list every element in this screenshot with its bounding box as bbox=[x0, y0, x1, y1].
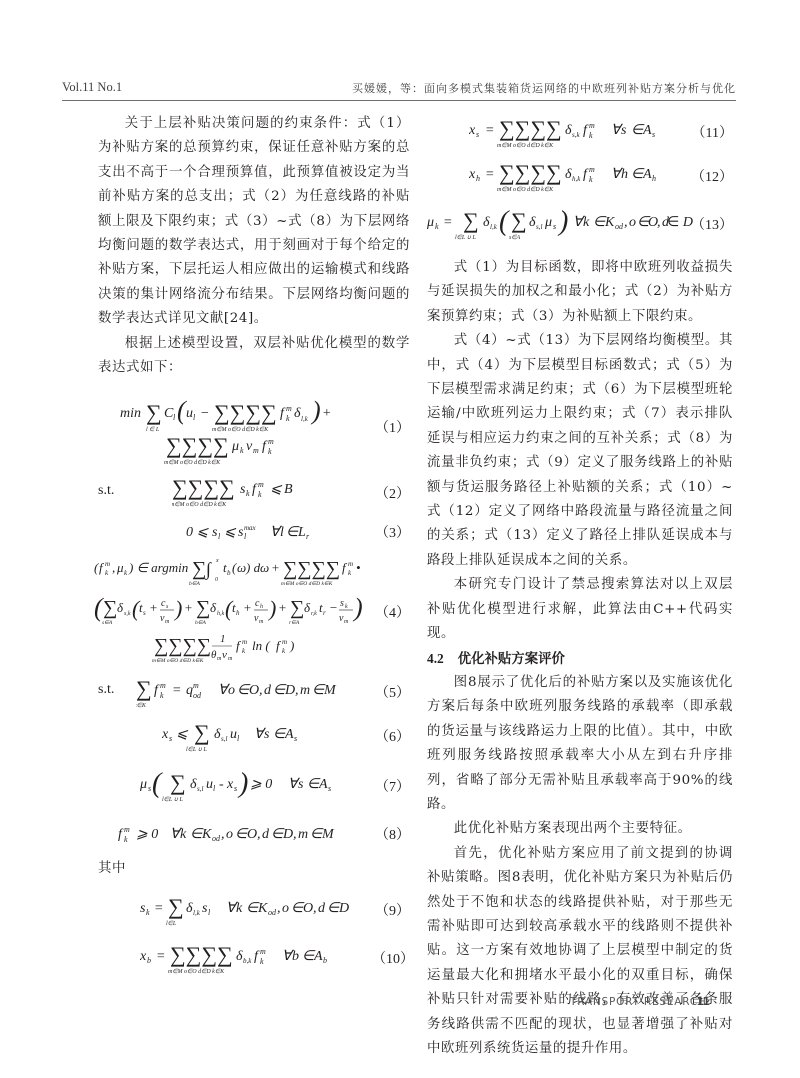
svg-text:m: m bbox=[589, 165, 595, 174]
svg-text:,: , bbox=[295, 683, 299, 698]
svg-text:,: , bbox=[293, 827, 297, 842]
svg-text:s: s bbox=[169, 734, 172, 743]
svg-text:(: ( bbox=[152, 768, 163, 799]
equation-13-graphic: μk = ∑ l∈L ∪ L δl,k ( ∑ s∈A δs,l μs ) ∀k… bbox=[427, 206, 677, 246]
paragraph: 本研究专门设计了禁忌搜索算法对以上双层补贴优化模型进行求解，此算法由C++代码实… bbox=[427, 573, 733, 646]
svg-text:m∈M o∈O d∈D k∈K: m∈M o∈O d∈D k∈K bbox=[172, 501, 227, 508]
equation-8-graphic: fmk ⩾ 0 ∀k ∈Kod, o∈O, d∈D, m∈M bbox=[118, 822, 358, 846]
svg-text:r∈A: r∈A bbox=[289, 620, 300, 626]
equation-6: xs ⩽ ∑ l∈L ∪ L δs,l ul ∀s ∈As （6） bbox=[98, 720, 410, 754]
svg-text:x: x bbox=[162, 727, 169, 742]
equation-4-graphic: ( fmk , μk ) ∈ argmin ∑ b∈A ∫ x 0 tb (ω)… bbox=[94, 554, 364, 664]
svg-text:x: x bbox=[226, 777, 234, 792]
svg-text:m: m bbox=[282, 638, 287, 646]
svg-text:m: m bbox=[165, 619, 170, 625]
svg-text:ω: ω bbox=[237, 560, 246, 575]
svg-text:,: , bbox=[221, 827, 225, 842]
svg-text:r,k: r,k bbox=[311, 611, 317, 617]
svg-text:+: + bbox=[278, 600, 287, 615]
svg-text:k: k bbox=[583, 215, 590, 230]
subject-to-label: s.t. bbox=[98, 483, 114, 499]
equation-5: s.t. ∑ k∈K fmk = qmod ∀o ∈O, d∈D, m∈M （5… bbox=[98, 676, 410, 710]
equation-8: fmk ⩾ 0 ∀k ∈Kod, o∈O, d∈D, m∈M （8） bbox=[98, 822, 410, 846]
equation-number: （2） bbox=[375, 483, 410, 503]
svg-text:od: od bbox=[193, 691, 202, 700]
svg-text:δ: δ bbox=[214, 727, 221, 742]
svg-text:d: d bbox=[264, 683, 272, 698]
paragraph: 式（4）~式（13）为下层网络均衡模型。其中，式（4）为下层模型目标函数式；式（… bbox=[427, 329, 733, 573]
svg-text:k: k bbox=[435, 222, 439, 231]
svg-text:s: s bbox=[294, 734, 297, 743]
svg-text:l: l bbox=[237, 734, 240, 743]
svg-text:+: + bbox=[243, 600, 252, 615]
svg-text:m∈M o∈O d∈D k∈K: m∈M o∈O d∈D k∈K bbox=[212, 426, 269, 433]
svg-text:k: k bbox=[258, 490, 262, 499]
svg-text:=: = bbox=[156, 949, 165, 964]
svg-text:q: q bbox=[186, 683, 193, 698]
svg-text:od: od bbox=[268, 908, 277, 917]
svg-text:∫: ∫ bbox=[205, 559, 212, 580]
svg-text:k: k bbox=[240, 446, 244, 455]
svg-text:δ: δ bbox=[190, 777, 197, 792]
svg-text:m∈M o∈O d∈D k∈K: m∈M o∈O d∈D k∈K bbox=[497, 186, 554, 193]
svg-text:s: s bbox=[476, 130, 479, 139]
svg-text:+: + bbox=[184, 600, 193, 615]
paragraph: 式（1）为目标函数，即将中欧班列收益损失与延误损失的加权之和最小化；式（2）为补… bbox=[427, 256, 733, 329]
equation-number: （1） bbox=[375, 417, 410, 437]
svg-text:k∈K: k∈K bbox=[136, 702, 147, 709]
svg-text:u: u bbox=[206, 777, 213, 792]
svg-text:δ: δ bbox=[565, 123, 572, 138]
svg-text:k: k bbox=[260, 957, 264, 966]
svg-text:ω: ω bbox=[260, 560, 269, 575]
svg-text:k: k bbox=[236, 901, 243, 916]
svg-text:o: o bbox=[228, 683, 235, 698]
svg-text:s∈A: s∈A bbox=[102, 620, 113, 626]
svg-text:): ) bbox=[173, 596, 182, 621]
equation-5-graphic: ∑ k∈K fmk = qmod ∀o ∈O, d∈D, m∈M bbox=[136, 676, 356, 710]
svg-text:ln (: ln ( bbox=[252, 638, 270, 653]
svg-text:1: 1 bbox=[220, 633, 226, 645]
equation-number: （4） bbox=[375, 602, 410, 622]
svg-text:M: M bbox=[321, 827, 335, 842]
svg-text:k: k bbox=[246, 489, 250, 498]
svg-text:(: ( bbox=[499, 206, 510, 237]
svg-text:k: k bbox=[124, 569, 128, 577]
equation-3-graphic: 0 ⩽ sl ⩽ smaxl ∀l ∈ Lr bbox=[186, 520, 366, 544]
svg-text:δ: δ bbox=[210, 600, 217, 615]
equation-9-graphic: sk = ∑ l∈L δl,k sl ∀k ∈Kod, o∈O, d∈D bbox=[140, 894, 380, 928]
svg-text:δ: δ bbox=[304, 600, 311, 615]
svg-text:): ) bbox=[310, 396, 321, 425]
svg-text:l: l bbox=[244, 532, 247, 541]
svg-text:h∈A: h∈A bbox=[195, 620, 207, 626]
svg-text:δ: δ bbox=[236, 949, 243, 964]
equation-12-graphic: xh = ∑∑∑∑ m∈M o∈O d∈D k∈K δh,k fmk ∀h ∈A… bbox=[469, 160, 689, 196]
svg-text:δ: δ bbox=[529, 215, 536, 230]
volume-label: Vol.11 No.1 bbox=[62, 80, 122, 95]
right-column: 式（1）为目标函数，即将中欧班列收益损失与延误损失的加权之和最小化；式（2）为补… bbox=[427, 256, 733, 1061]
svg-text:∑: ∑ bbox=[168, 894, 184, 919]
svg-text:∑∑∑∑: ∑∑∑∑ bbox=[166, 433, 229, 458]
svg-text:∑: ∑ bbox=[136, 676, 152, 701]
equation-11: xs = ∑∑∑∑ m∈M o∈O d∈D k∈K δs,k fmk ∀s ∈A… bbox=[427, 116, 733, 152]
svg-text:k: k bbox=[345, 604, 348, 610]
equation-number: （7） bbox=[375, 776, 410, 796]
svg-text:=: = bbox=[443, 215, 452, 230]
equation-number: （5） bbox=[375, 682, 410, 702]
svg-text:A: A bbox=[642, 167, 652, 182]
svg-text:m: m bbox=[193, 681, 199, 690]
svg-text:−: − bbox=[329, 600, 338, 615]
equation-10-graphic: xb = ∑∑∑∑ m∈M o∈O d∈D k∈K δb,k fmk ∀b ∈A… bbox=[140, 942, 360, 978]
svg-text:δ: δ bbox=[294, 406, 301, 421]
svg-text:l: l bbox=[193, 413, 196, 422]
svg-text:b∈A: b∈A bbox=[189, 581, 201, 587]
svg-text:,: , bbox=[112, 560, 115, 575]
svg-text:m∈M o∈O d∈D k∈K: m∈M o∈O d∈D k∈K bbox=[164, 459, 221, 466]
equation-2: s.t. ∑∑∑∑ m∈M o∈O d∈D k∈K sk fmk ⩽ B （2） bbox=[98, 475, 410, 511]
svg-text:s: s bbox=[652, 130, 655, 139]
paragraph: 此优化补贴方案表现出两个主要特征。 bbox=[427, 817, 733, 841]
equation-7: μs ( ∑ l∈L ∪ L δs,l ul - xs ) ⩾ 0 ∀s ∈As… bbox=[98, 768, 410, 808]
svg-text:∑: ∑ bbox=[192, 558, 206, 580]
equation-number: （13） bbox=[691, 214, 733, 234]
svg-text:m: m bbox=[300, 683, 310, 698]
svg-text:s: s bbox=[621, 123, 627, 138]
svg-text:l: l bbox=[208, 908, 211, 917]
svg-text:l,k: l,k bbox=[301, 415, 309, 423]
svg-text:b: b bbox=[147, 956, 151, 965]
svg-text:∑∑∑∑: ∑∑∑∑ bbox=[499, 116, 562, 141]
svg-text:,: , bbox=[277, 901, 281, 916]
svg-text:x: x bbox=[140, 949, 147, 964]
svg-text:⩽: ⩽ bbox=[176, 727, 189, 742]
svg-text:δ: δ bbox=[565, 167, 572, 182]
svg-text:m: m bbox=[298, 827, 308, 842]
svg-text:D: D bbox=[284, 683, 295, 698]
paragraph: 首先，优化补贴方案应用了前文提到的协调补贴策略。图8表明，优化补贴方案只为补贴后… bbox=[427, 842, 733, 1062]
equation-number: （12） bbox=[691, 166, 733, 186]
subject-to-label: s.t. bbox=[98, 682, 114, 698]
svg-text:,: , bbox=[624, 215, 628, 230]
svg-text:d: d bbox=[318, 901, 326, 916]
svg-text:⩾ 0: ⩾ 0 bbox=[250, 777, 272, 792]
svg-text:A: A bbox=[318, 777, 328, 792]
svg-text:l: l bbox=[173, 413, 176, 422]
paragraph: 根据上述模型设置，双层补贴优化模型的数学表达式如下： bbox=[98, 332, 410, 381]
section-title: 优化补贴方案评价 bbox=[458, 651, 565, 667]
svg-text:+: + bbox=[322, 406, 331, 421]
svg-text:s: s bbox=[166, 604, 169, 610]
svg-text:=: = bbox=[172, 683, 181, 698]
svg-text:u: u bbox=[230, 727, 237, 742]
svg-text:m: m bbox=[260, 947, 266, 956]
section-heading: 4.2优化补贴方案评价 bbox=[427, 647, 733, 671]
svg-text:μ: μ bbox=[427, 215, 434, 230]
svg-text:s: s bbox=[328, 784, 331, 793]
svg-text:μ: μ bbox=[231, 439, 239, 454]
svg-text:s,l: s,l bbox=[197, 785, 203, 793]
svg-text:l∈L ∪ L: l∈L ∪ L bbox=[455, 234, 477, 241]
svg-text:k: k bbox=[348, 569, 352, 577]
svg-text:m∈M o∈O d∈D k∈K: m∈M o∈O d∈D k∈K bbox=[281, 581, 333, 587]
svg-text:l∈L ∪ L: l∈L ∪ L bbox=[186, 746, 208, 753]
svg-text:-: - bbox=[219, 777, 224, 792]
svg-text:l ∈ L: l ∈ L bbox=[146, 426, 160, 433]
svg-text:m: m bbox=[124, 825, 130, 834]
svg-text:O: O bbox=[249, 683, 259, 698]
equation-6-graphic: xs ⩽ ∑ l∈L ∪ L δs,l ul ∀s ∈As bbox=[162, 720, 342, 754]
svg-text:∑: ∑ bbox=[194, 720, 210, 745]
svg-text:s: s bbox=[264, 727, 270, 742]
svg-text:0: 0 bbox=[215, 577, 218, 583]
svg-text:k: k bbox=[105, 569, 109, 577]
svg-text:k: k bbox=[268, 447, 272, 456]
svg-text:k: k bbox=[589, 175, 593, 184]
svg-text:s,k: s,k bbox=[572, 131, 580, 139]
svg-text:m: m bbox=[268, 437, 274, 446]
svg-text:s: s bbox=[148, 784, 151, 793]
svg-text:m∈M o∈O d∈D k∈K: m∈M o∈O d∈D k∈K bbox=[152, 658, 204, 664]
svg-text:l∈L ∪ L: l∈L ∪ L bbox=[162, 796, 184, 803]
svg-text:L: L bbox=[297, 525, 306, 540]
svg-text:m: m bbox=[228, 656, 233, 662]
svg-text:A: A bbox=[642, 123, 652, 138]
svg-text:max: max bbox=[244, 524, 257, 532]
equation-1: min ∑ l ∈ L Cl ( ul − ∑∑∑∑ m∈M o∈O d∈D k… bbox=[98, 395, 410, 475]
svg-text:∑: ∑ bbox=[170, 770, 186, 795]
svg-text:b: b bbox=[292, 949, 299, 964]
svg-text:•: • bbox=[356, 560, 361, 575]
svg-text:): ) bbox=[237, 768, 248, 799]
svg-text:m: m bbox=[242, 638, 247, 646]
svg-text:) ∈ argmin: ) ∈ argmin bbox=[128, 560, 188, 575]
equation-12: xh = ∑∑∑∑ m∈M o∈O d∈D k∈K δh,k fmk ∀h ∈A… bbox=[427, 160, 733, 196]
svg-text:o: o bbox=[226, 827, 233, 842]
svg-text:r: r bbox=[323, 609, 326, 617]
svg-text:∑∑∑∑: ∑∑∑∑ bbox=[154, 635, 211, 657]
where-label-block: 其中 bbox=[98, 857, 410, 881]
svg-text:h,k: h,k bbox=[217, 611, 225, 617]
equation-2-graphic: ∑∑∑∑ m∈M o∈O d∈D k∈K sk fmk ⩽ B bbox=[172, 475, 372, 511]
svg-text:μ: μ bbox=[116, 560, 124, 575]
svg-text:o: o bbox=[629, 215, 636, 230]
svg-text:k: k bbox=[282, 647, 286, 655]
running-title: 买媛媛，等：面向多模式集装箱货运网络的中欧班列补贴方案分析与优化 bbox=[352, 80, 736, 96]
svg-text:v: v bbox=[246, 439, 253, 454]
page-number: 11 bbox=[697, 994, 710, 1008]
svg-text:s: s bbox=[553, 222, 556, 231]
svg-text:k: k bbox=[160, 691, 164, 700]
svg-text:r: r bbox=[306, 532, 310, 541]
equation-3: 0 ⩽ sl ⩽ smaxl ∀l ∈ Lr （3） bbox=[98, 520, 410, 544]
svg-text:s: s bbox=[143, 609, 146, 617]
svg-text:): ) bbox=[557, 206, 568, 237]
paragraph: 图8展示了优化后的补贴方案以及实施该优化方案后每条中欧班列服务线路的承载率（即承… bbox=[427, 671, 733, 817]
svg-text:∑∑∑∑: ∑∑∑∑ bbox=[172, 475, 235, 500]
svg-text:m: m bbox=[259, 619, 264, 625]
svg-text:s,l: s,l bbox=[221, 735, 227, 743]
equation-number: （9） bbox=[375, 900, 410, 920]
svg-text:D: D bbox=[338, 901, 349, 916]
svg-text:=: = bbox=[485, 123, 494, 138]
svg-text:min: min bbox=[120, 406, 141, 421]
svg-text:s∈A: s∈A bbox=[509, 234, 521, 241]
svg-text:od: od bbox=[212, 834, 221, 843]
svg-text:D: D bbox=[282, 827, 293, 842]
svg-text:+: + bbox=[271, 560, 280, 575]
svg-text:K: K bbox=[201, 827, 212, 842]
svg-text:od: od bbox=[615, 222, 624, 231]
svg-text:∑: ∑ bbox=[196, 597, 210, 619]
svg-text:m: m bbox=[253, 446, 259, 455]
svg-text:b: b bbox=[323, 956, 327, 965]
equation-4: ( fmk , μk ) ∈ argmin ∑ b∈A ∫ x 0 tb (ω)… bbox=[94, 554, 410, 664]
svg-text:∑∑∑∑: ∑∑∑∑ bbox=[283, 558, 340, 580]
svg-text:B: B bbox=[284, 482, 293, 497]
svg-text:) d: ) d bbox=[245, 560, 261, 575]
svg-text:−: − bbox=[200, 406, 209, 421]
svg-text:K: K bbox=[257, 901, 268, 916]
svg-text:∑∑∑∑: ∑∑∑∑ bbox=[499, 160, 562, 185]
svg-text:h: h bbox=[621, 167, 628, 182]
svg-text:l: l bbox=[218, 532, 221, 541]
equation-10: xb = ∑∑∑∑ m∈M o∈O d∈D k∈K δb,k fmk ∀b ∈A… bbox=[98, 942, 414, 978]
svg-text:s: s bbox=[234, 784, 237, 793]
svg-text:=: = bbox=[154, 901, 163, 916]
left-column: 关于上层补贴决策问题的约束条件：式（1）为补贴方案的总预算约束，保证任意补贴方案… bbox=[98, 112, 410, 380]
svg-text:,: , bbox=[259, 683, 263, 698]
paragraph: 关于上层补贴决策问题的约束条件：式（1）为补贴方案的总预算约束，保证任意补贴方案… bbox=[98, 112, 410, 332]
svg-text:b,k: b,k bbox=[243, 957, 252, 965]
svg-text:∑: ∑ bbox=[290, 597, 304, 619]
svg-text:l: l bbox=[213, 784, 216, 793]
equation-9: sk = ∑ l∈L δl,k sl ∀k ∈Kod, o∈O, d∈D （9） bbox=[98, 894, 410, 928]
svg-text:u: u bbox=[186, 406, 193, 421]
svg-text:b: b bbox=[227, 569, 231, 577]
svg-text:0 ⩽: 0 ⩽ bbox=[186, 525, 210, 540]
svg-text:A: A bbox=[313, 949, 323, 964]
equation-1-graphic: min ∑ l ∈ L Cl ( ul − ∑∑∑∑ m∈M o∈O d∈D k… bbox=[120, 395, 370, 467]
equation-11-graphic: xs = ∑∑∑∑ m∈M o∈O d∈D k∈K δs,k fmk ∀s ∈A… bbox=[469, 116, 689, 152]
svg-text:): ) bbox=[267, 596, 276, 621]
svg-text:s,k: s,k bbox=[124, 611, 131, 617]
svg-text:m: m bbox=[344, 619, 349, 625]
svg-text:O: O bbox=[247, 827, 257, 842]
svg-text:v: v bbox=[222, 649, 227, 661]
svg-text:d: d bbox=[262, 827, 270, 842]
equation-number: （8） bbox=[375, 824, 410, 844]
svg-text:μ: μ bbox=[544, 215, 552, 230]
svg-text:+: + bbox=[149, 600, 158, 615]
svg-text:k: k bbox=[146, 908, 150, 917]
svg-text:m: m bbox=[105, 560, 110, 568]
svg-text:m: m bbox=[160, 681, 166, 690]
svg-text:h: h bbox=[476, 174, 480, 183]
svg-text:): ) bbox=[289, 638, 294, 653]
journal-name: TRANSPORT RESEARCH bbox=[570, 996, 707, 1008]
svg-text:h: h bbox=[236, 609, 240, 617]
equation-number: （6） bbox=[375, 726, 410, 746]
svg-text:h: h bbox=[260, 604, 263, 610]
svg-text:k: k bbox=[180, 827, 187, 842]
svg-text:m∈M o∈O d∈D k∈K: m∈M o∈O d∈D k∈K bbox=[497, 142, 554, 149]
svg-text:⩽: ⩽ bbox=[270, 482, 283, 497]
svg-text:A: A bbox=[284, 727, 294, 742]
svg-text:∑: ∑ bbox=[511, 208, 527, 233]
svg-text:m: m bbox=[258, 480, 264, 489]
svg-text:∑: ∑ bbox=[146, 400, 162, 425]
svg-text:s: s bbox=[340, 598, 344, 609]
svg-text:l,k: l,k bbox=[193, 909, 201, 917]
svg-text:s: s bbox=[298, 777, 304, 792]
svg-text:h,k: h,k bbox=[572, 175, 581, 183]
svg-text:k: k bbox=[589, 131, 593, 140]
svg-text:k: k bbox=[242, 647, 246, 655]
svg-text:δ: δ bbox=[117, 600, 124, 615]
svg-text:M: M bbox=[323, 683, 337, 698]
equation-number: （10） bbox=[372, 948, 414, 968]
running-header: Vol.11 No.1 买媛媛，等：面向多模式集装箱货运网络的中欧班列补贴方案分… bbox=[62, 80, 736, 101]
svg-text:⩾ 0: ⩾ 0 bbox=[136, 827, 158, 842]
equation-number: （3） bbox=[375, 522, 410, 542]
svg-text:δ: δ bbox=[483, 215, 490, 230]
where-label: 其中 bbox=[98, 857, 410, 881]
svg-text:m: m bbox=[286, 404, 292, 413]
svg-text:∑∑∑∑: ∑∑∑∑ bbox=[170, 942, 233, 967]
svg-text:=: = bbox=[485, 167, 494, 182]
equation-number: ∈ D bbox=[667, 214, 693, 231]
svg-text:s,l: s,l bbox=[536, 223, 542, 231]
svg-text:O: O bbox=[303, 901, 313, 916]
svg-text:∑: ∑ bbox=[463, 208, 479, 233]
svg-text:k: k bbox=[286, 414, 290, 423]
svg-text:x: x bbox=[215, 558, 219, 564]
svg-text:m: m bbox=[348, 560, 353, 568]
svg-text:x: x bbox=[469, 123, 476, 138]
svg-text:l: l bbox=[280, 525, 284, 540]
svg-text:m: m bbox=[589, 121, 595, 130]
svg-text:l∈L: l∈L bbox=[166, 920, 177, 927]
equation-13: μk = ∑ l∈L ∪ L δl,k ( ∑ s∈A δs,l μs ) ∀k… bbox=[427, 206, 733, 246]
svg-text:,: , bbox=[657, 215, 661, 230]
svg-text:K: K bbox=[604, 215, 615, 230]
svg-text:m∈M o∈O d∈D k∈K: m∈M o∈O d∈D k∈K bbox=[168, 968, 225, 975]
svg-text:∑: ∑ bbox=[103, 597, 117, 619]
svg-text:,: , bbox=[257, 827, 261, 842]
svg-text:h: h bbox=[652, 174, 656, 183]
svg-text:): ) bbox=[352, 593, 363, 622]
svg-text:o: o bbox=[282, 901, 289, 916]
section-number: 4.2 bbox=[427, 651, 444, 666]
equation-7-graphic: μs ( ∑ l∈L ∪ L δs,l ul - xs ) ⩾ 0 ∀s ∈As bbox=[140, 768, 350, 808]
svg-text:x: x bbox=[469, 167, 476, 182]
svg-text:∑∑∑∑: ∑∑∑∑ bbox=[214, 400, 277, 425]
svg-text:l,k: l,k bbox=[490, 223, 498, 231]
svg-text:μ: μ bbox=[140, 777, 147, 792]
svg-text:,: , bbox=[313, 901, 317, 916]
svg-text:⩽: ⩽ bbox=[224, 525, 237, 540]
svg-text:k: k bbox=[124, 835, 128, 844]
equation-number: （11） bbox=[692, 122, 733, 142]
svg-text:δ: δ bbox=[186, 901, 193, 916]
